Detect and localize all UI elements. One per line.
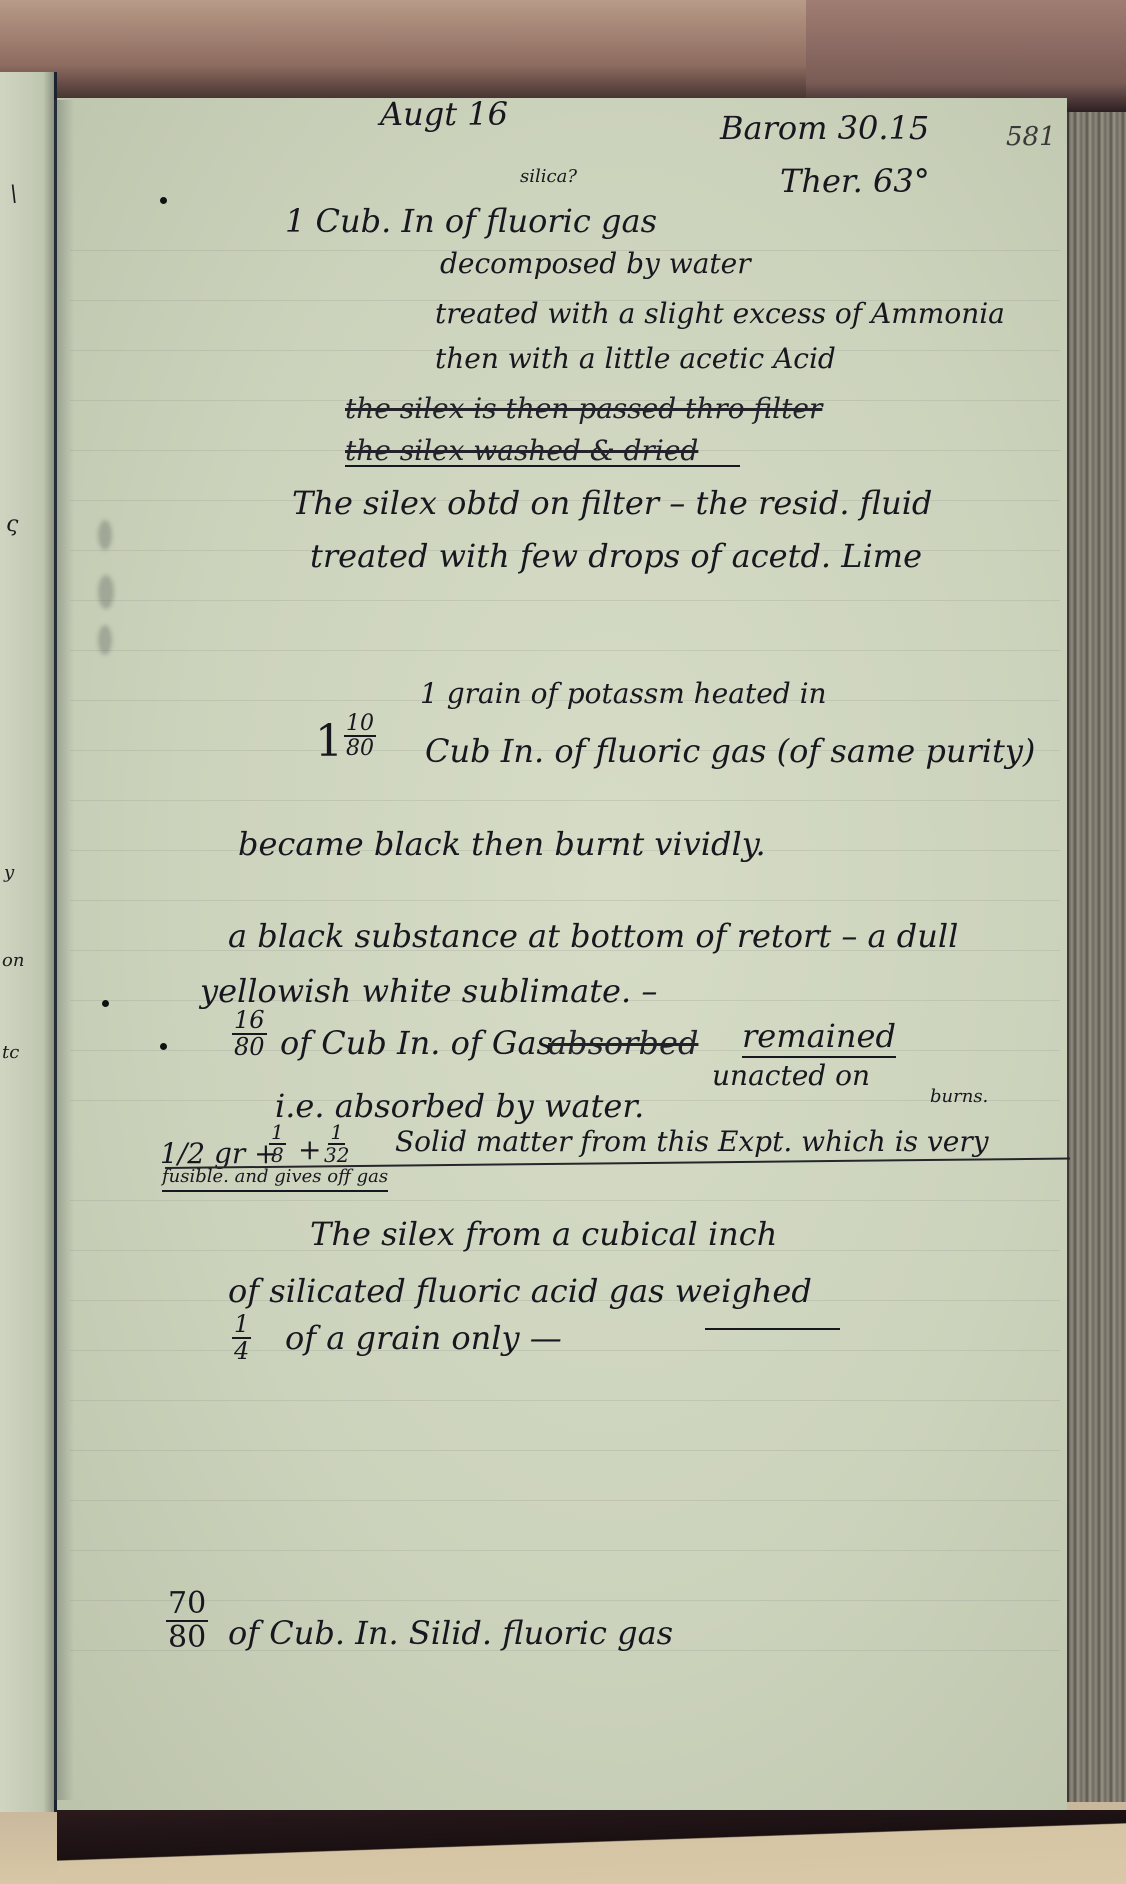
weight-fraction: 14: [228, 1312, 255, 1364]
ruled-line: [70, 1400, 1060, 1401]
entry-word: remained: [742, 1020, 896, 1058]
ink-smudge: [98, 520, 112, 550]
page-number: 581: [1006, 124, 1056, 150]
fraction-denominator: 80: [168, 1622, 206, 1654]
fraction-denominator: 4: [234, 1339, 249, 1364]
quantity-fraction: 1080: [340, 712, 380, 760]
sum-fraction: 132: [320, 1122, 353, 1166]
fraction-numerator: 1: [328, 1122, 345, 1145]
ink-dot: [160, 197, 167, 204]
entry-line: Cub In. of fluoric gas (of same purity): [425, 735, 1035, 767]
entry-line: 1 Cub. In of fluoric gas: [285, 205, 657, 237]
ink-dot: [102, 1000, 109, 1007]
plus-sign: +: [298, 1136, 321, 1164]
entry-line: The silex obtd on filter – the resid. fl…: [292, 487, 932, 519]
closing-dash: [705, 1328, 840, 1330]
ink-dot: [160, 1043, 167, 1050]
thermometer-reading: Ther. 63°: [780, 165, 930, 197]
left-page-fragment: on: [2, 950, 24, 971]
entry-line: became black then burnt vividly.: [238, 828, 766, 860]
fraction-denominator: 80: [346, 737, 374, 760]
ruled-line: [70, 600, 1060, 601]
interlinear-insert: silica?: [520, 168, 577, 186]
struck-out-line: the silex washed & dried: [345, 437, 698, 465]
entry-line: treated with a slight excess of Ammonia: [435, 300, 1005, 328]
fraction-numerator: 16: [232, 1008, 267, 1035]
page-fore-edge: [1067, 112, 1126, 1802]
fraction-numerator: 1: [269, 1122, 286, 1145]
left-page-fragment: y: [4, 862, 14, 883]
fraction-denominator: 80: [234, 1035, 265, 1060]
entry-line: 1 grain of potassm heated in: [420, 680, 827, 708]
entry-line: of Cub In. of Gas: [280, 1027, 553, 1059]
fraction-denominator: 8: [271, 1145, 284, 1166]
ruled-line: [70, 1200, 1060, 1201]
fraction-numerator: 70: [166, 1588, 208, 1622]
gas-fraction: 1680: [228, 1008, 271, 1060]
entry-line: fusible. and gives off gas: [162, 1168, 388, 1192]
struck-out-line: the silex is then passed thro filter: [345, 395, 822, 423]
interlinear-insert: burns.: [930, 1088, 988, 1106]
underline-stroke: [345, 465, 740, 467]
sum-fraction: 18: [265, 1122, 290, 1166]
entry-line: then with a little acetic Acid: [435, 345, 836, 373]
entry-line: a black substance at bottom of retort – …: [228, 920, 958, 952]
left-page-fragment: ς: [6, 512, 18, 537]
entry-line: decomposed by water: [440, 250, 751, 278]
ruled-line: [70, 1350, 1060, 1351]
barometer-reading: Barom 30.15: [720, 112, 929, 144]
ruled-line: [70, 900, 1060, 901]
entry-line: of Cub. In. Silid. fluoric gas: [228, 1617, 673, 1649]
interlinear-insert: unacted on: [712, 1062, 870, 1090]
ink-smudge: [98, 625, 112, 655]
struck-out-word: absorbed: [548, 1027, 698, 1059]
ruled-line: [70, 1500, 1060, 1501]
ruled-line: [70, 1550, 1060, 1551]
left-page-edge: \ ς y on tc: [0, 72, 57, 1812]
entry-line: of a grain only —: [285, 1322, 562, 1354]
left-page-fragment: tc: [2, 1042, 19, 1063]
sum-prefix: 1/2 gr +: [160, 1140, 278, 1168]
fraction-denominator: 32: [324, 1145, 349, 1166]
fraction-numerator: 1: [232, 1312, 251, 1339]
entry-line: The silex from a cubical inch: [310, 1218, 777, 1250]
entry-line: Solid matter from this Expt. which is ve…: [395, 1128, 989, 1156]
ruled-line: [70, 800, 1060, 801]
entry-line: i.e. absorbed by water.: [275, 1090, 644, 1122]
ruled-line: [70, 1450, 1060, 1451]
volume-fraction: 7080: [162, 1588, 212, 1653]
entry-line: of silicated fluoric acid gas weighed: [228, 1275, 812, 1307]
book-bottom-edge: [57, 1810, 1126, 1884]
fraction-numerator: 10: [344, 712, 376, 737]
ink-smudge: [98, 575, 114, 609]
ruled-line: [70, 1600, 1060, 1601]
quantity-whole: 1: [315, 720, 343, 764]
entry-date: Augt 16: [380, 98, 508, 130]
left-page-fragment: \: [10, 182, 17, 207]
entry-line: treated with few drops of acetd. Lime: [310, 540, 922, 572]
entry-line: yellowish white sublimate. –: [200, 975, 657, 1007]
ruled-line: [70, 650, 1060, 651]
